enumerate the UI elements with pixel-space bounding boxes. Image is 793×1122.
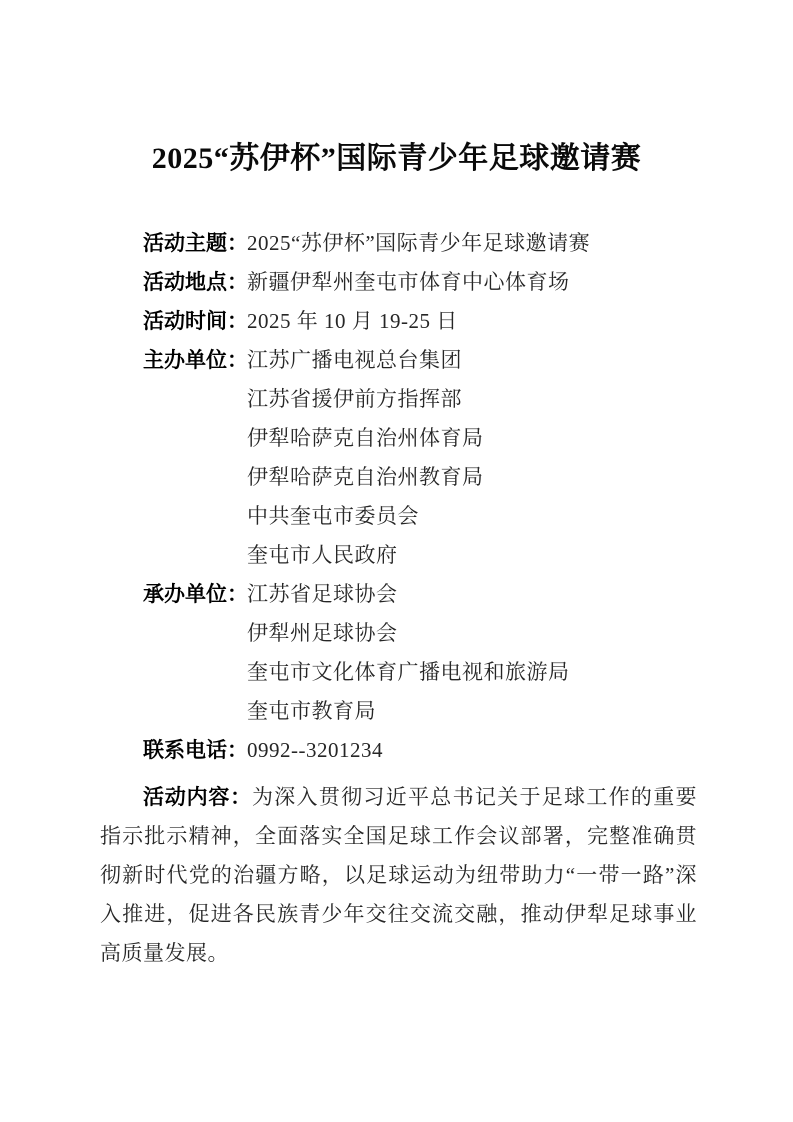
co-organizer-item: 江苏省足球协会: [247, 575, 697, 614]
organizer-item: 伊犁哈萨克自治州体育局: [247, 419, 697, 458]
co-organizer-item: 奎屯市文化体育广播电视和旅游局: [247, 653, 697, 692]
co-organizer-item: 奎屯市教育局: [247, 692, 697, 731]
field-location: 活动地点： 新疆伊犁州奎屯市体育中心体育场: [100, 263, 697, 302]
co-organizer-item: 伊犁州足球协会: [247, 614, 697, 653]
field-phone-label: 联系电话：: [143, 731, 248, 770]
field-theme-label: 活动主题：: [143, 224, 248, 263]
organizer-item: 中共奎屯市委员会: [247, 497, 697, 536]
organizer-item: 江苏省援伊前方指挥部: [247, 380, 697, 419]
document-page: 2025“苏伊杯”国际青少年足球邀请赛 活动主题： 2025“苏伊杯”国际青少年…: [0, 0, 793, 1122]
info-list: 活动主题： 2025“苏伊杯”国际青少年足球邀请赛 活动地点： 新疆伊犁州奎屯市…: [100, 224, 697, 770]
field-time-label: 活动时间：: [143, 302, 248, 341]
document-body: 活动主题： 2025“苏伊杯”国际青少年足球邀请赛 活动地点： 新疆伊犁州奎屯市…: [0, 224, 793, 973]
activity-content-paragraph: 活动内容：为深入贯彻习近平总书记关于足球工作的重要指示批示精神，全面落实全国足球…: [100, 778, 697, 973]
field-location-value: 新疆伊犁州奎屯市体育中心体育场: [247, 263, 697, 302]
document-title: 2025“苏伊杯”国际青少年足球邀请赛: [0, 141, 793, 177]
field-phone-value: 0992--3201234: [247, 731, 697, 770]
field-location-label: 活动地点：: [143, 263, 248, 302]
field-co-organizers-label: 承办单位：: [143, 575, 248, 614]
field-co-organizers: 承办单位： 江苏省足球协会 伊犁州足球协会 奎屯市文化体育广播电视和旅游局 奎屯…: [100, 575, 697, 731]
field-phone: 联系电话： 0992--3201234: [100, 731, 697, 770]
field-organizers: 主办单位： 江苏广播电视总台集团 江苏省援伊前方指挥部 伊犁哈萨克自治州体育局 …: [100, 341, 697, 575]
organizer-item: 伊犁哈萨克自治州教育局: [247, 458, 697, 497]
field-time: 活动时间： 2025 年 10 月 19-25 日: [100, 302, 697, 341]
field-theme: 活动主题： 2025“苏伊杯”国际青少年足球邀请赛: [100, 224, 697, 263]
activity-content-text: 为深入贯彻习近平总书记关于足球工作的重要指示批示精神，全面落实全国足球工作会议部…: [100, 785, 697, 965]
field-theme-value: 2025“苏伊杯”国际青少年足球邀请赛: [247, 224, 697, 263]
organizer-item: 奎屯市人民政府: [247, 536, 697, 575]
field-organizers-label: 主办单位：: [143, 341, 248, 380]
activity-content-label: 活动内容：: [143, 786, 252, 809]
field-time-value: 2025 年 10 月 19-25 日: [247, 302, 697, 341]
organizer-item: 江苏广播电视总台集团: [247, 341, 697, 380]
